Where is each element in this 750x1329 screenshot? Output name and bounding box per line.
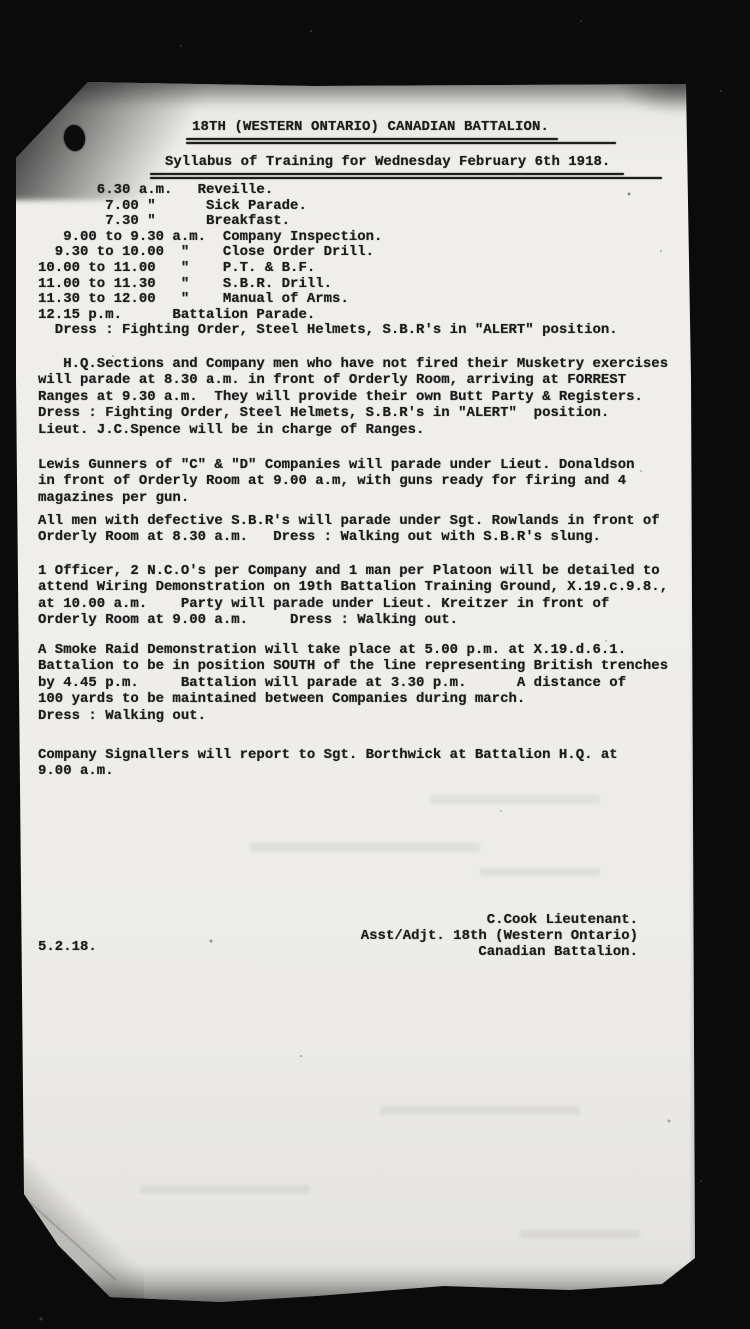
scan-smudge-top-right xyxy=(614,70,704,116)
schedule-line: 9.30 to 10.00 " Close Order Drill. xyxy=(38,245,618,261)
text-line: magazines per gun. xyxy=(38,490,635,506)
ink-bleedthrough xyxy=(380,1105,580,1115)
schedule-line: Dress : Fighting Order, Steel Helmets, S… xyxy=(38,323,618,339)
subtitle-underline-second xyxy=(150,177,662,179)
paragraph-wiring-demonstration: 1 Officer, 2 N.C.O's per Company and 1 m… xyxy=(38,563,668,629)
paragraph-musketry: H.Q.Sections and Company men who have no… xyxy=(38,356,668,438)
schedule-line: 7.00 " Sick Parade. xyxy=(38,199,618,215)
schedule-line: 11.00 to 11.30 " S.B.R. Drill. xyxy=(38,277,618,293)
document-title: 18TH (WESTERN ONTARIO) CANADIAN BATTALIO… xyxy=(192,119,549,135)
text-line: Ranges at 9.30 a.m. They will provide th… xyxy=(38,389,668,405)
schedule-line: 11.30 to 12.00 " Manual of Arms. xyxy=(38,292,618,308)
signature-line: C.Cook Lieutenant. xyxy=(361,912,638,928)
scanned-document-page: 18TH (WESTERN ONTARIO) CANADIAN BATTALIO… xyxy=(0,0,750,1329)
signature-line: Asst/Adjt. 18th (Western Ontario) xyxy=(361,928,638,944)
text-line: attend Wiring Demonstration on 19th Batt… xyxy=(38,579,668,595)
training-schedule: 6.30 a.m. Reveille. 7.00 " Sick Parade. … xyxy=(38,183,618,339)
text-line: Orderly Room at 8.30 a.m. Dress : Walkin… xyxy=(38,529,660,545)
schedule-line: 10.00 to 11.00 " P.T. & B.F. xyxy=(38,261,618,277)
schedule-line: 6.30 a.m. Reveille. xyxy=(38,183,618,199)
signature-block: C.Cook Lieutenant.Asst/Adjt. 18th (Weste… xyxy=(361,912,638,960)
text-line: by 4.45 p.m. Battalion will parade at 3.… xyxy=(38,675,668,691)
text-line: will parade at 8.30 a.m. in front of Ord… xyxy=(38,372,668,388)
schedule-line: 12.15 p.m. Battalion Parade. xyxy=(38,308,618,324)
scanner-dust xyxy=(0,0,2,2)
ink-bleedthrough xyxy=(140,1185,310,1194)
ink-bleedthrough xyxy=(430,795,600,804)
text-line: at 10.00 a.m. Party will parade under Li… xyxy=(38,596,668,612)
text-line: 9.00 a.m. xyxy=(38,763,618,779)
schedule-line: 7.30 " Breakfast. xyxy=(38,214,618,230)
text-line: All men with defective S.B.R's will para… xyxy=(38,513,660,529)
document-subtitle: Syllabus of Training for Wednesday Febru… xyxy=(165,154,610,170)
text-line: Orderly Room at 9.00 a.m. Dress : Walkin… xyxy=(38,612,668,628)
text-line: Lieut. J.C.Spence will be in charge of R… xyxy=(38,422,668,438)
ink-bleedthrough xyxy=(480,868,600,876)
text-line: 1 Officer, 2 N.C.O's per Company and 1 m… xyxy=(38,563,668,579)
paragraph-lewis-gunners: Lewis Gunners of "C" & "D" Companies wil… xyxy=(38,457,635,506)
ink-bleedthrough xyxy=(520,1230,640,1238)
ink-bleedthrough xyxy=(250,843,480,852)
text-line: Dress : Walking out. xyxy=(38,708,668,724)
document-date: 5.2.18. xyxy=(38,939,97,955)
subtitle-underline xyxy=(150,173,624,175)
signature-line: Canadian Battalion. xyxy=(361,944,638,960)
text-line: 100 yards to be maintained between Compa… xyxy=(38,691,668,707)
text-line: H.Q.Sections and Company men who have no… xyxy=(38,356,668,372)
text-line: Dress : Fighting Order, Steel Helmets, S… xyxy=(38,405,668,421)
text-line: Lewis Gunners of "C" & "D" Companies wil… xyxy=(38,457,635,473)
text-line: Company Signallers will report to Sgt. B… xyxy=(38,747,618,763)
paragraph-signallers: Company Signallers will report to Sgt. B… xyxy=(38,747,618,780)
paragraph-smoke-raid: A Smoke Raid Demonstration will take pla… xyxy=(38,642,668,724)
scan-smudge-top-left xyxy=(2,70,262,200)
text-line: in front of Orderly Room at 9.00 a.m, wi… xyxy=(38,473,635,489)
title-underline xyxy=(186,138,558,140)
title-underline-second xyxy=(186,142,616,144)
paragraph-defective-sbr: All men with defective S.B.R's will para… xyxy=(38,513,660,546)
paper-right-edge-shadow xyxy=(689,78,696,1306)
text-line: A Smoke Raid Demonstration will take pla… xyxy=(38,642,668,658)
text-line: Battalion to be in position SOUTH of the… xyxy=(38,658,668,674)
scan-smudge-bottom xyxy=(14,1266,698,1306)
